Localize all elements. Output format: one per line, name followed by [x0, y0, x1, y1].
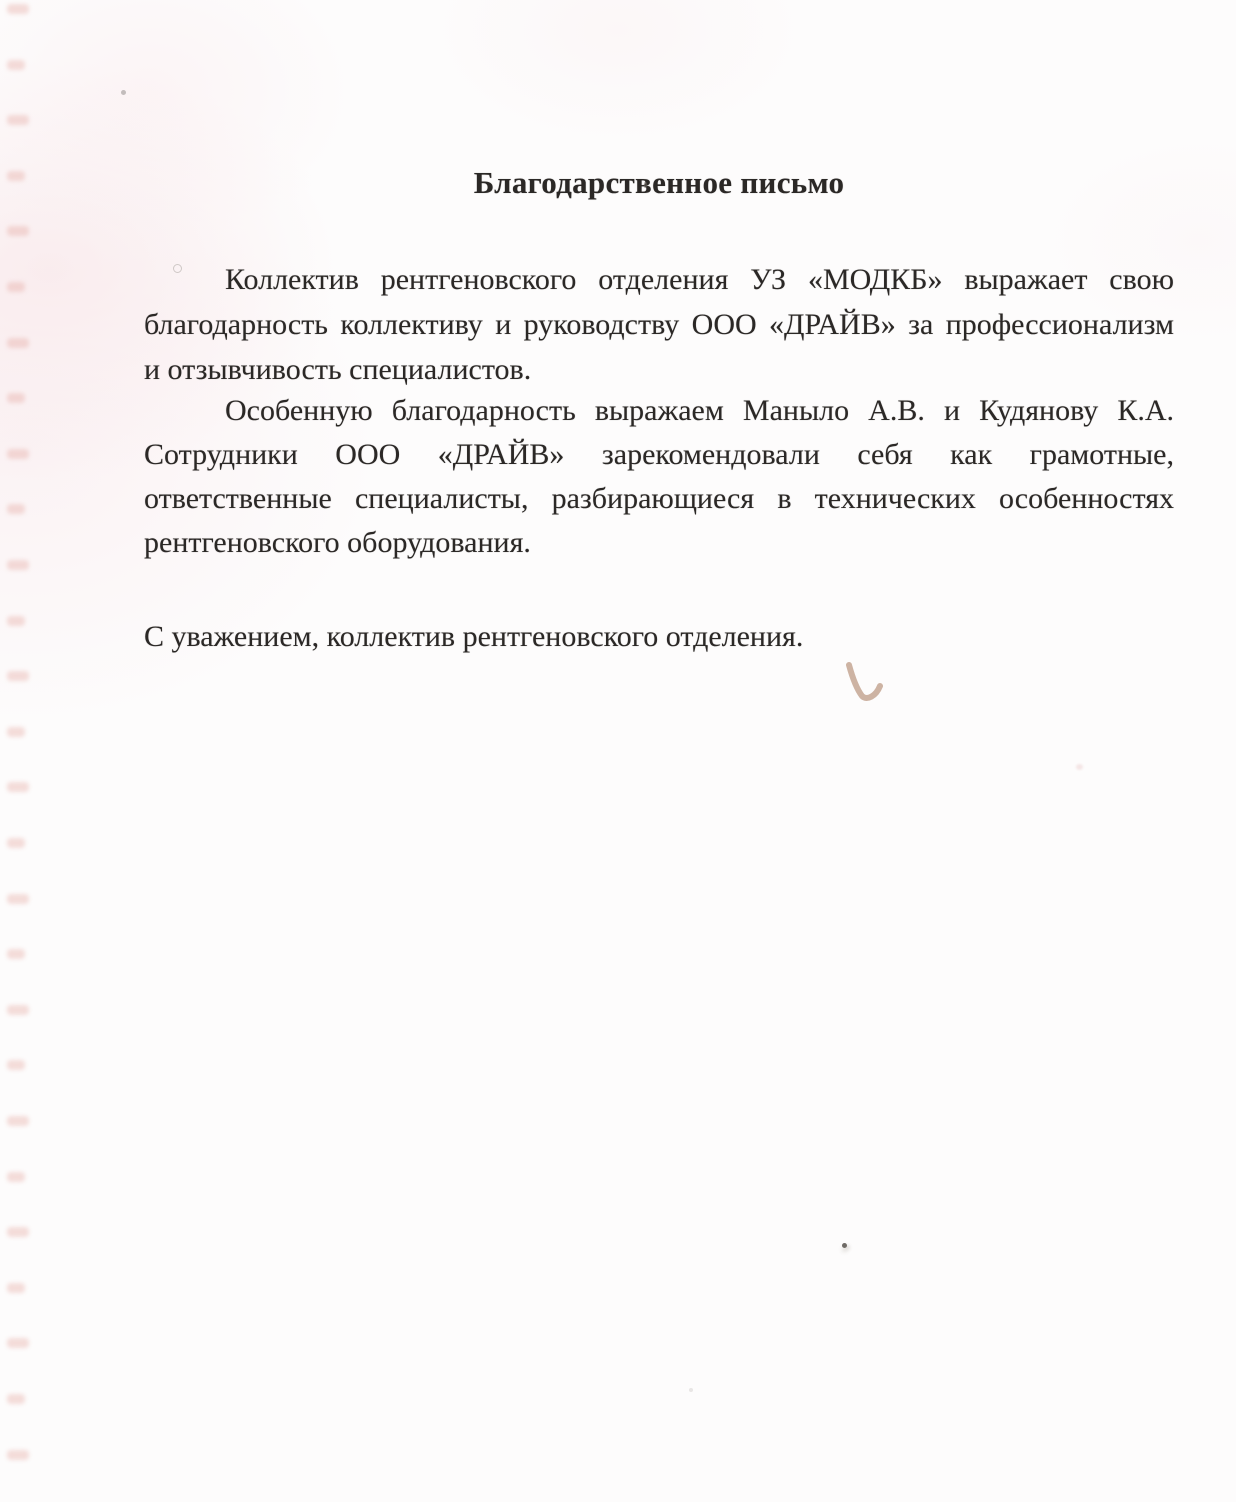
scan-edge-artifacts	[0, 0, 40, 1502]
scan-edge-smudge	[7, 226, 29, 236]
scan-edge-smudge	[7, 1060, 25, 1070]
scan-edge-smudge	[7, 560, 29, 570]
scan-edge-smudge	[7, 1394, 25, 1404]
scan-edge-smudge	[7, 838, 25, 848]
scan-edge-smudge	[7, 338, 29, 348]
letter-line: рентгеновского оборудования.	[144, 521, 1174, 565]
scan-edge-smudge	[7, 1172, 25, 1182]
letter-line: Коллектив рентгеновского отделения УЗ «М…	[144, 257, 1174, 302]
scan-edge-smudge	[7, 782, 29, 792]
letter-title: Благодарственное письмо	[144, 165, 1174, 201]
scanned-letter-page: Благодарственное письмо Коллектив рентге…	[0, 0, 1236, 1502]
paragraph-2: Особенную благодарность выражаем Маныло …	[144, 389, 1174, 565]
scan-edge-smudge	[7, 671, 29, 681]
scan-edge-smudge	[7, 1227, 29, 1237]
dust-speck	[689, 1388, 693, 1392]
scan-edge-smudge	[7, 1450, 29, 1460]
paragraph-1: Коллектив рентгеновского отделения УЗ «М…	[144, 257, 1174, 392]
scan-edge-smudge	[7, 449, 29, 459]
scan-edge-smudge	[7, 727, 25, 737]
letter-line: ответственные специалисты, разбирающиеся…	[144, 477, 1174, 521]
scan-edge-smudge	[7, 4, 29, 14]
scan-edge-smudge	[7, 282, 25, 292]
scan-edge-smudge	[7, 60, 25, 70]
scan-edge-smudge	[7, 616, 25, 626]
letter-line: и отзывчивость специалистов.	[144, 347, 1174, 392]
scan-edge-smudge	[7, 171, 25, 181]
dust-speck	[1076, 764, 1083, 770]
dust-speck	[842, 1243, 847, 1248]
scan-edge-smudge	[7, 115, 29, 125]
letter-line: Особенную благодарность выражаем Маныло …	[144, 389, 1174, 433]
scan-edge-smudge	[7, 1283, 25, 1293]
scan-edge-smudge	[7, 1116, 29, 1126]
closing-line: С уважением, коллектив рентгеновского от…	[144, 620, 1174, 654]
letter-line: благодарность коллективу и руководству О…	[144, 302, 1174, 347]
scan-edge-smudge	[7, 894, 29, 904]
scan-edge-smudge	[7, 393, 25, 403]
dust-speck	[121, 90, 126, 95]
scan-edge-smudge	[7, 1338, 29, 1348]
scan-edge-smudge	[7, 504, 25, 514]
scan-edge-smudge	[7, 1005, 29, 1015]
letter-line: Сотрудники ООО «ДРАЙВ» зарекомендовали с…	[144, 433, 1174, 477]
pen-squiggle-mark	[835, 656, 895, 708]
scan-edge-smudge	[7, 949, 25, 959]
